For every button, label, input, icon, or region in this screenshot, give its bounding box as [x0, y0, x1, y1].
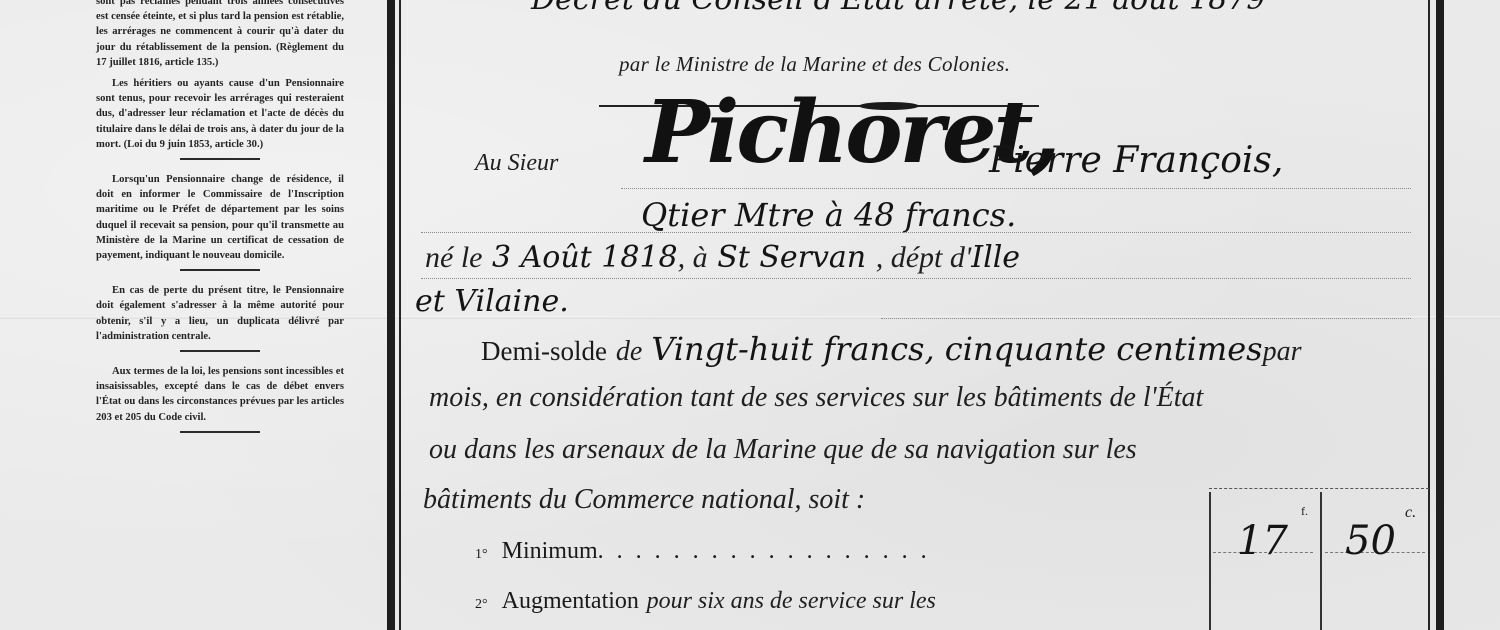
margin-note: En cas de perte du présent titre, le Pen… — [96, 283, 344, 344]
born-label: né le — [425, 241, 482, 274]
margin-note: Aux termes de la loi, les pensions sont … — [96, 364, 344, 425]
item-number: 2° — [475, 597, 488, 612]
amount-table: f. c. 17 50 — [1209, 488, 1429, 630]
decree-line: Décret du Conseil d'État arrêté, le 21 a… — [531, 0, 1265, 17]
divider — [180, 269, 260, 271]
fill-line — [881, 318, 1411, 319]
item-label: Minimum — [502, 538, 598, 564]
margin-note: sont pas réclamés pendant trois années c… — [96, 0, 344, 70]
birth-date: 3 Août 1818 — [492, 240, 678, 275]
margin-note: Lorsqu'un Pensionnaire change de résiden… — [96, 172, 344, 263]
per-label: par — [1263, 336, 1302, 367]
pension-text-line: mois, en considération tant de ses servi… — [429, 382, 1203, 414]
birth-place: St Servan — [717, 240, 866, 275]
decree-year: 79 — [1227, 0, 1265, 17]
item-label: Augmentation — [502, 588, 639, 614]
recipient-prefix: Au Sieur — [475, 150, 558, 177]
column-divider — [1320, 492, 1322, 630]
margin-notes: sont pas réclamés pendant trois années c… — [96, 0, 344, 445]
birth-dept: Ille — [971, 240, 1020, 275]
de-label: de — [616, 336, 642, 367]
item-number: 1° — [475, 547, 488, 562]
pension-text-line: bâtiments du Commerce national, soit : — [423, 484, 865, 516]
column-divider — [1209, 492, 1211, 630]
fill-line — [421, 232, 1411, 233]
item-augmentation: 2°Augmentation pour six ans de service s… — [475, 586, 936, 615]
fill-line — [421, 278, 1411, 279]
minimum-centimes: 50 — [1345, 518, 1396, 564]
centimes-header: c. — [1405, 504, 1416, 522]
minimum-francs: 17 — [1237, 518, 1288, 564]
birth-line: né le 3 Août 1818, à St Servan , dépt d'… — [425, 240, 1020, 275]
pension-text-line: ou dans les arsenaux de la Marine que de… — [429, 434, 1137, 466]
frame-border-left-thick — [387, 0, 395, 630]
frame-border-right-thick — [1436, 0, 1444, 630]
divider — [180, 350, 260, 352]
fill-line — [621, 188, 1411, 189]
divider — [180, 431, 260, 433]
pension-amount-words: Vingt-huit francs, cinquante centimes — [651, 330, 1262, 368]
item-description: pour six ans de service sur les — [647, 588, 936, 614]
item-minimum: 1°Minimum.................. — [475, 536, 940, 565]
birth-dept-continued: et Vilaine. — [415, 284, 569, 319]
pension-label: Demi-solde — [481, 336, 607, 366]
francs-header: f. — [1301, 504, 1308, 519]
certificate-body: Décret du Conseil d'État arrêté, le 21 a… — [401, 0, 1428, 630]
ministry-line: par le Ministre de la Marine et des Colo… — [619, 52, 1010, 77]
decree-text: Décret du Conseil d'État arrêté, le 21 a… — [531, 0, 1227, 17]
recipient-rank: Qtier Mtre à 48 francs. — [641, 196, 1016, 234]
recipient-first-names: Pierre François, — [989, 140, 1283, 181]
margin-note: Les héritiers ou ayants cause d'un Pensi… — [96, 76, 344, 152]
at-label: , à — [678, 241, 708, 274]
dept-label: , dépt d' — [876, 241, 972, 274]
pension-line: Demi-solde de Vingt-huit francs, cinquan… — [481, 330, 1301, 368]
item-leader-dots: .................. — [598, 538, 940, 564]
divider — [180, 158, 260, 160]
